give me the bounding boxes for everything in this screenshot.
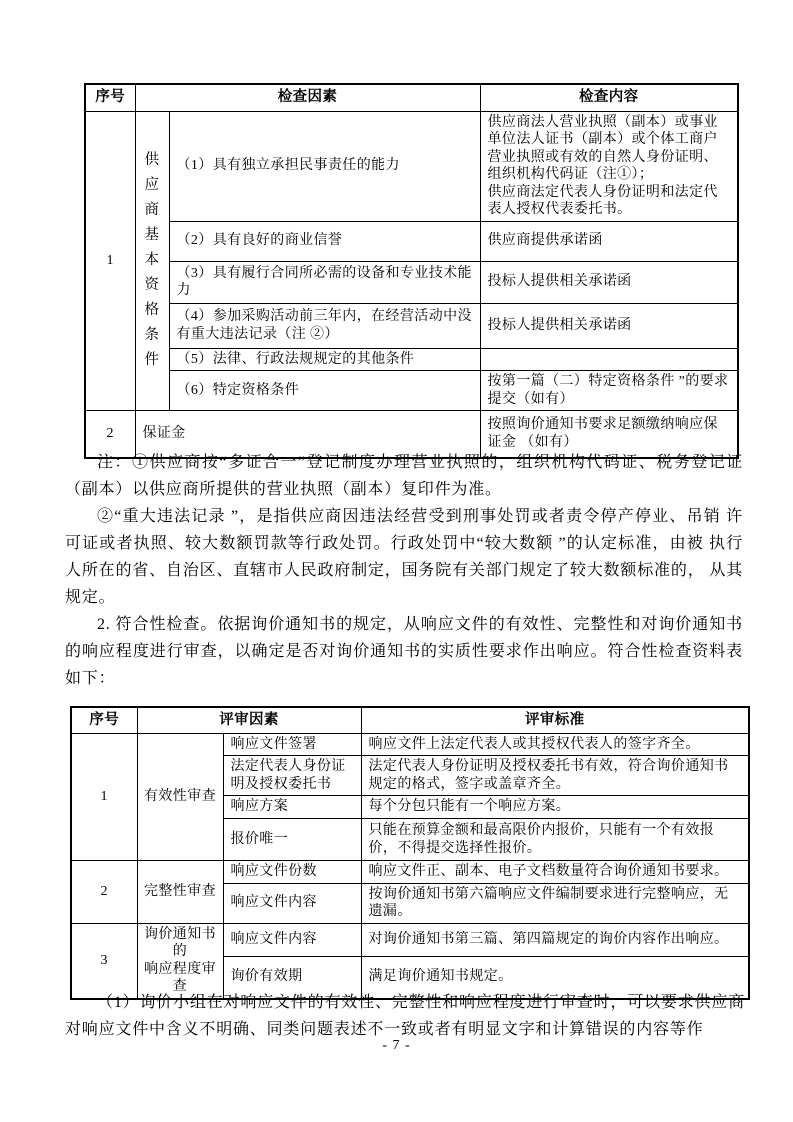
factor-cell: （5）法律、行政法规规定的其他条件 [169,348,480,371]
header-factor: 检查因素 [135,84,480,111]
factor-cell: 法定代表人身份证明及授权委托书 [223,756,361,796]
table-row: 1 供应商基本资格条件 （1）具有独立承担民事责任的能力 供应商法人营业执照（副… [85,111,738,221]
group-no-cell: 1 [85,111,135,411]
compliance-check-paragraph: 2. 符合性检查。依据询价通知书的规定，从响应文件的有效性、完整性和对询价通知书… [65,611,743,692]
vertical-category-label: 供应商基本资格条件 [144,148,159,373]
closing-paragraph: （1）询价小组在对响应文件的有效性、完整性和响应程度进行审查时，可以要求供应商对… [65,989,745,1043]
group-no-cell: 3 [71,923,137,999]
factor-cell: （6）特定资格条件 [169,371,480,411]
header-no: 序号 [71,707,137,733]
standard-cell: 法定代表人身份证明及授权委托书有效，符合询价通知书规定的格式，签字或盖章齐全。 [361,756,749,796]
content-cell: 供应商提供承诺函 [480,221,738,261]
notes-section: 注：①供应商按“多证合一”登记制度办理营业执照的，组织机构代码证、税务登记证（副… [65,449,743,692]
table-row: 2 完整性审查 响应文件份数 响应文件正、副本、电子文档数量符合询价通知书要求。 [71,861,749,884]
header-content: 检查内容 [480,84,738,111]
group-category-cell: 完整性审查 [137,861,223,924]
factor-cell: （4）参加采购活动前三年内，在经营活动中没有重大违法记录（注 ②） [169,303,480,348]
note-paragraph-2: ②“重大违法记录 ”，是指供应商因违法经营受到刑事处罚或者责令停产停业、吊销 许… [65,503,743,611]
table-row: （4）参加采购活动前三年内，在经营活动中没有重大违法记录（注 ②） 投标人提供相… [85,303,738,348]
group-no-cell: 2 [71,861,137,924]
table-row: （2）具有良好的商业信誉 供应商提供承诺函 [85,221,738,261]
table-row: 1 有效性审查 响应文件签署 响应文件上法定代表人或其授权代表人的签字齐全。 [71,733,749,756]
standard-cell: 每个分包只能有一个响应方案。 [361,796,749,819]
standard-cell: 按询价通知书第六篇响应文件编制要求进行完整响应，无遗漏。 [361,883,749,923]
document-page: 序号 检查因素 检查内容 1 供应商基本资格条件 （1）具有独立承担民事责任的能… [0,0,793,1122]
inspection-header-row: 序号 检查因素 检查内容 [85,84,738,111]
header-no: 序号 [85,84,135,111]
factor-cell: （1）具有独立承担民事责任的能力 [169,111,480,221]
review-header-row: 序号 评审因素 评审标准 [71,707,749,733]
note-paragraph-1: 注：①供应商按“多证合一”登记制度办理营业执照的，组织机构代码证、税务登记证（副… [65,449,743,503]
factor-cell: 报价唯一 [223,819,361,861]
inspection-table: 序号 检查因素 检查内容 1 供应商基本资格条件 （1）具有独立承担民事责任的能… [84,83,739,459]
factor-cell: 响应文件签署 [223,733,361,756]
content-cell: 投标人提供相关承诺函 [480,261,738,303]
group-category-cell: 供应商基本资格条件 [135,111,169,411]
standard-cell: 只能在预算金额和最高限价内报价，只能有一个有效报价，不得提交选择性报价。 [361,819,749,861]
content-cell: 供应商法人营业执照（副本）或事业单位法人证书（副本）或个体工商户营业执照或有效的… [480,111,738,221]
factor-cell: 响应文件内容 [223,883,361,923]
factor-cell: （3）具有履行合同所必需的设备和专业技术能力 [169,261,480,303]
standard-cell: 响应文件上法定代表人或其授权代表人的签字齐全。 [361,733,749,756]
factor-cell: 响应文件内容 [223,923,361,956]
factor-cell: 响应方案 [223,796,361,819]
closing-section: （1）询价小组在对响应文件的有效性、完整性和响应程度进行审查时，可以要求供应商对… [65,989,745,1043]
standard-cell: 响应文件正、副本、电子文档数量符合询价通知书要求。 [361,861,749,884]
table-row: （5）法律、行政法规规定的其他条件 [85,348,738,371]
content-cell: 按第一篇（二）特定资格条件 ”的要求提交（如有） [480,371,738,411]
content-cell [480,348,738,371]
table-row: （6）特定资格条件 按第一篇（二）特定资格条件 ”的要求提交（如有） [85,371,738,411]
page-number: - 7 - [0,1038,793,1054]
group-no-cell: 1 [71,733,137,861]
factor-cell: （2）具有良好的商业信誉 [169,221,480,261]
table-row: 3 询价通知书的 响应程度审查 响应文件内容 对询价通知书第三篇、第四篇规定的询… [71,923,749,956]
group-category-cell: 询价通知书的 响应程度审查 [137,923,223,999]
header-factor: 评审因素 [137,707,361,733]
factor-cell: 响应文件份数 [223,861,361,884]
standard-cell: 对询价通知书第三篇、第四篇规定的询价内容作出响应。 [361,923,749,956]
group-category-cell: 有效性审查 [137,733,223,861]
table-row: （3）具有履行合同所必需的设备和专业技术能力 投标人提供相关承诺函 [85,261,738,303]
review-table: 序号 评审因素 评审标准 1 有效性审查 响应文件签署 响应文件上法定代表人或其… [70,706,750,1000]
content-cell: 投标人提供相关承诺函 [480,303,738,348]
header-standard: 评审标准 [361,707,749,733]
